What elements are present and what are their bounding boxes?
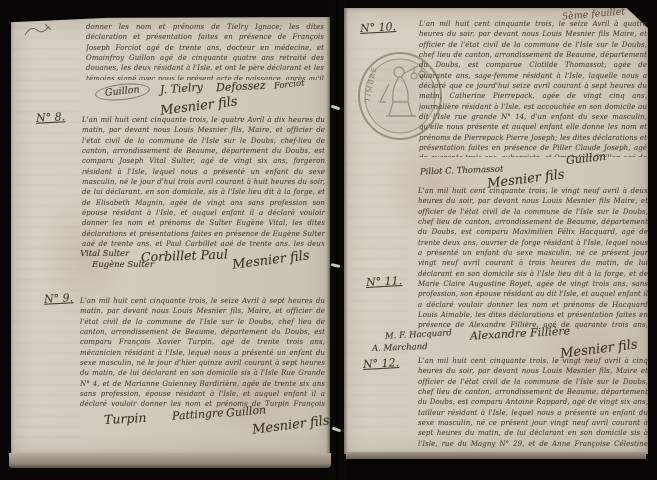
ink-mark [23, 21, 57, 41]
signature: Vital Sulter [80, 249, 129, 259]
entry-number-8: N° 8. [36, 110, 66, 125]
signature: A. Marchand [372, 342, 428, 354]
signature: Defossez [216, 79, 266, 95]
page-edges-right [346, 452, 646, 459]
entry-number-10: N° 10. [360, 20, 397, 35]
entry-11-text: L'an mil huit cent cinquante trois, le v… [418, 186, 648, 330]
signature: Corbillet Paul [141, 246, 228, 264]
entry-9-text: L'an mil huit cent cinquante trois, le s… [80, 296, 325, 408]
binding-gutter [326, 0, 348, 480]
entry-8-text: L'an mil huit cent cinquante trois, le q… [82, 115, 325, 246]
entry-7-text-fragment: donner les nom et prénoms de Tielry Igna… [86, 22, 324, 80]
page-edges-left [9, 453, 331, 468]
register-photo: donner les nom et prénoms de Tielry Igna… [0, 0, 657, 480]
entry-number-12: N° 12. [363, 356, 400, 371]
signature: Turpin [104, 410, 147, 427]
entry-10-text: L'an mil huit cent cinquante trois, le s… [419, 19, 647, 157]
entry-12-text: L'an mil huit cent cinquante trois, le v… [418, 356, 648, 448]
entry-number-9: N° 9. [44, 291, 74, 306]
entry-number-11: N° 11. [366, 274, 403, 289]
